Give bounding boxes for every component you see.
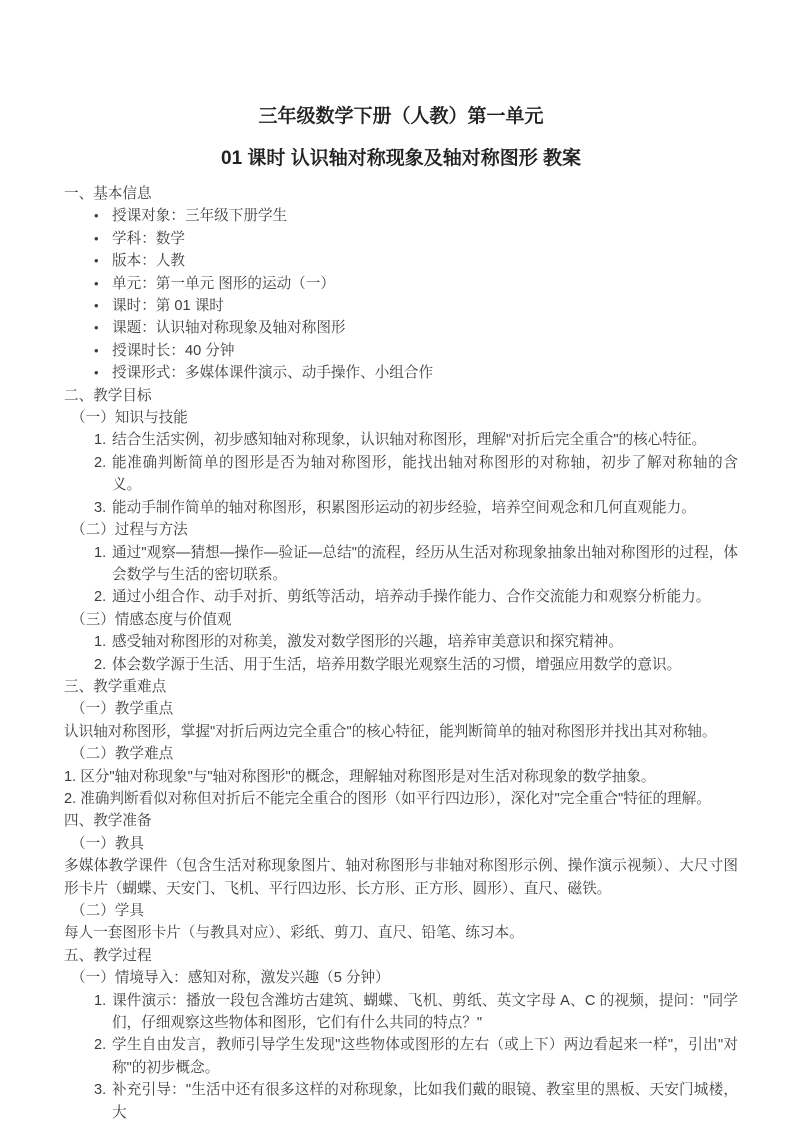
list-item-text: 授课形式：多媒体课件演示、动手操作、小组合作 <box>112 362 738 384</box>
list-item-text: 授课时长：40 分钟 <box>112 340 738 362</box>
list-item-text: 通过小组合作、动手对折、剪纸等活动，培养动手操作能力、合作交流能力和观察分析能力… <box>112 586 738 608</box>
bullet-item: •版本：人教 <box>64 250 738 272</box>
paragraph: 多媒体教学课件（包含生活对称现象图片、轴对称图形与非轴对称图形示例、操作演示视频… <box>64 855 738 900</box>
document-body: 一、基本信息•授课对象：三年级下册学生•学科：数学•版本：人教•单元：第一单元 … <box>64 183 738 1123</box>
bullet-icon: • <box>64 250 112 272</box>
bullet-icon: • <box>64 340 112 362</box>
bullet-item: •授课时长：40 分钟 <box>64 340 738 362</box>
numbered-item: 1.感受轴对称图形的对称美，激发对数学图形的兴趣，培养审美意识和探究精神。 <box>64 631 738 653</box>
list-number: 2. <box>64 654 112 676</box>
section-heading: 五、教学过程 <box>64 945 738 967</box>
numbered-item: 1.通过"观察—猜想—操作—验证—总结"的流程，经历从生活对称现象抽象出轴对称图… <box>64 542 738 587</box>
section-heading: 四、教学准备 <box>64 810 738 832</box>
list-number: 2. <box>64 452 112 474</box>
numbered-item: 1.课件演示：播放一段包含潍坊古建筑、蝴蝶、飞机、剪纸、英文字母 A、C 的视频… <box>64 990 738 1035</box>
sub-heading: （三）情感态度与价值观 <box>64 609 738 631</box>
sub-heading: （二）学具 <box>64 900 738 922</box>
list-item-text: 学科：数学 <box>112 228 738 250</box>
list-item-text: 单元：第一单元 图形的运动（一） <box>112 273 738 295</box>
sub-heading: （二）过程与方法 <box>64 519 738 541</box>
list-number: 3. <box>64 497 112 519</box>
numbered-item: 2.体会数学源于生活、用于生活，培养用数学眼光观察生活的习惯，增强应用数学的意识… <box>64 654 738 676</box>
paragraph: 认识轴对称图形，掌握"对折后两边完全重合"的核心特征，能判断简单的轴对称图形并找… <box>64 721 738 743</box>
sub-heading: （一）知识与技能 <box>64 407 738 429</box>
list-item-text: 补充引导："生活中还有很多这样的对称现象，比如我们戴的眼镜、教室里的黑板、天安门… <box>112 1079 738 1123</box>
section-heading: 一、基本信息 <box>64 183 738 205</box>
section-heading: 二、教学目标 <box>64 385 738 407</box>
bullet-icon: • <box>64 205 112 227</box>
paragraph: 2. 准确判断看似对称但对折后不能完全重合的图形（如平行四边形），深化对"完全重… <box>64 788 738 810</box>
list-item-text: 课题：认识轴对称现象及轴对称图形 <box>112 317 738 339</box>
bullet-icon: • <box>64 228 112 250</box>
sub-heading: （一）教具 <box>64 833 738 855</box>
list-item-text: 学生自由发言，教师引导学生发现"这些物体或图形的左右（或上下）两边看起来一样"，… <box>112 1034 738 1079</box>
list-item-text: 体会数学源于生活、用于生活，培养用数学眼光观察生活的习惯，增强应用数学的意识。 <box>112 654 738 676</box>
list-item-text: 通过"观察—猜想—操作—验证—总结"的流程，经历从生活对称现象抽象出轴对称图形的… <box>112 542 738 587</box>
list-item-text: 能准确判断简单的图形是否为轴对称图形，能找出轴对称图形的对称轴，初步了解对称轴的… <box>112 452 738 497</box>
sub-heading: （一）情境导入：感知对称，激发兴趣（5 分钟） <box>64 967 738 989</box>
document-subtitle: 01 课时 认识轴对称现象及轴对称图形 教案 <box>64 146 738 172</box>
bullet-item: •课时：第 01 课时 <box>64 295 738 317</box>
list-number: 1. <box>64 631 112 653</box>
list-item-text: 版本：人教 <box>112 250 738 272</box>
bullet-item: •授课对象：三年级下册学生 <box>64 205 738 227</box>
page-content: 三年级数学下册（人教）第一单元 01 课时 认识轴对称现象及轴对称图形 教案 一… <box>64 104 738 1123</box>
bullet-icon: • <box>64 362 112 384</box>
list-item-text: 能动手制作简单的轴对称图形，积累图形运动的初步经验，培养空间观念和几何直观能力。 <box>112 497 738 519</box>
bullet-icon: • <box>64 295 112 317</box>
list-item-text: 课时：第 01 课时 <box>112 295 738 317</box>
numbered-item: 1.结合生活实例，初步感知轴对称现象，认识轴对称图形，理解"对折后完全重合"的核… <box>64 429 738 451</box>
numbered-item: 3.补充引导："生活中还有很多这样的对称现象，比如我们戴的眼镜、教室里的黑板、天… <box>64 1079 738 1123</box>
list-item-text: 感受轴对称图形的对称美，激发对数学图形的兴趣，培养审美意识和探究精神。 <box>112 631 738 653</box>
list-number: 2. <box>64 1034 112 1056</box>
bullet-item: •授课形式：多媒体课件演示、动手操作、小组合作 <box>64 362 738 384</box>
paragraph: 1. 区分"轴对称现象"与"轴对称图形"的概念，理解轴对称图形是对生活对称现象的… <box>64 766 738 788</box>
list-number: 1. <box>64 429 112 451</box>
numbered-item: 2.通过小组合作、动手对折、剪纸等活动，培养动手操作能力、合作交流能力和观察分析… <box>64 586 738 608</box>
document-page: 三年级数学下册（人教）第一单元 01 课时 认识轴对称现象及轴对称图形 教案 一… <box>0 0 794 1123</box>
list-number: 1. <box>64 990 112 1012</box>
list-number: 2. <box>64 586 112 608</box>
numbered-item: 3.能动手制作简单的轴对称图形，积累图形运动的初步经验，培养空间观念和几何直观能… <box>64 497 738 519</box>
numbered-item: 2.学生自由发言，教师引导学生发现"这些物体或图形的左右（或上下）两边看起来一样… <box>64 1034 738 1079</box>
sub-heading: （一）教学重点 <box>64 698 738 720</box>
numbered-item: 2.能准确判断简单的图形是否为轴对称图形，能找出轴对称图形的对称轴，初步了解对称… <box>64 452 738 497</box>
list-item-text: 授课对象：三年级下册学生 <box>112 205 738 227</box>
bullet-item: •学科：数学 <box>64 228 738 250</box>
list-item-text: 结合生活实例，初步感知轴对称现象，认识轴对称图形，理解"对折后完全重合"的核心特… <box>112 429 738 451</box>
list-number: 3. <box>64 1079 112 1101</box>
list-number: 1. <box>64 542 112 564</box>
bullet-icon: • <box>64 317 112 339</box>
section-heading: 三、教学重难点 <box>64 676 738 698</box>
bullet-icon: • <box>64 273 112 295</box>
bullet-item: •单元：第一单元 图形的运动（一） <box>64 273 738 295</box>
sub-heading: （二）教学难点 <box>64 743 738 765</box>
paragraph: 每人一套图形卡片（与教具对应）、彩纸、剪刀、直尺、铅笔、练习本。 <box>64 922 738 944</box>
document-title: 三年级数学下册（人教）第一单元 <box>64 104 738 130</box>
bullet-item: •课题：认识轴对称现象及轴对称图形 <box>64 317 738 339</box>
list-item-text: 课件演示：播放一段包含潍坊古建筑、蝴蝶、飞机、剪纸、英文字母 A、C 的视频，提… <box>112 990 738 1035</box>
